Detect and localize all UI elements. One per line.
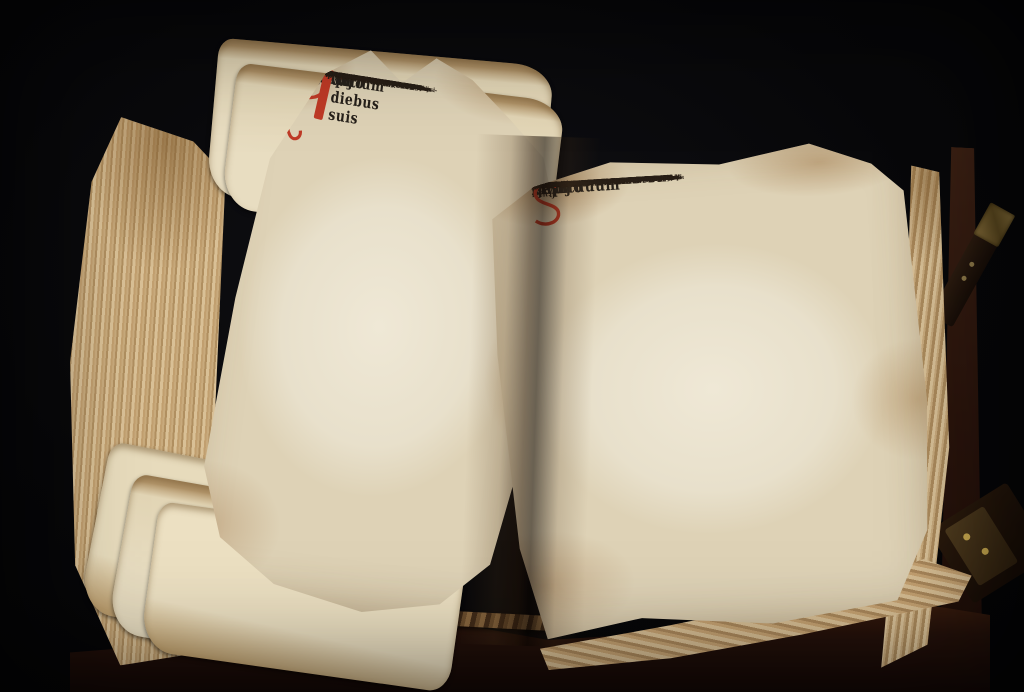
col2-body-lines: ¶ Prima condicio huius elemosine fuit pr… — [531, 172, 704, 183]
right-page-text-block: Sermo xlviij Capituuum ij orum bonorum c… — [531, 160, 892, 182]
right-page: Sermo xlviij Capituuum ij orum bonorum c… — [480, 131, 947, 646]
clasp-rivet — [968, 261, 975, 268]
clasp-brass-tip — [973, 202, 1015, 247]
right-col-2: Hanc misericordiam in se fuisse beatus n… — [531, 172, 704, 183]
clasp-rivet — [961, 275, 968, 282]
photo-incunabulum-open-book: Sermo xlviij Capitlum j re criminis ab i… — [0, 0, 1024, 692]
